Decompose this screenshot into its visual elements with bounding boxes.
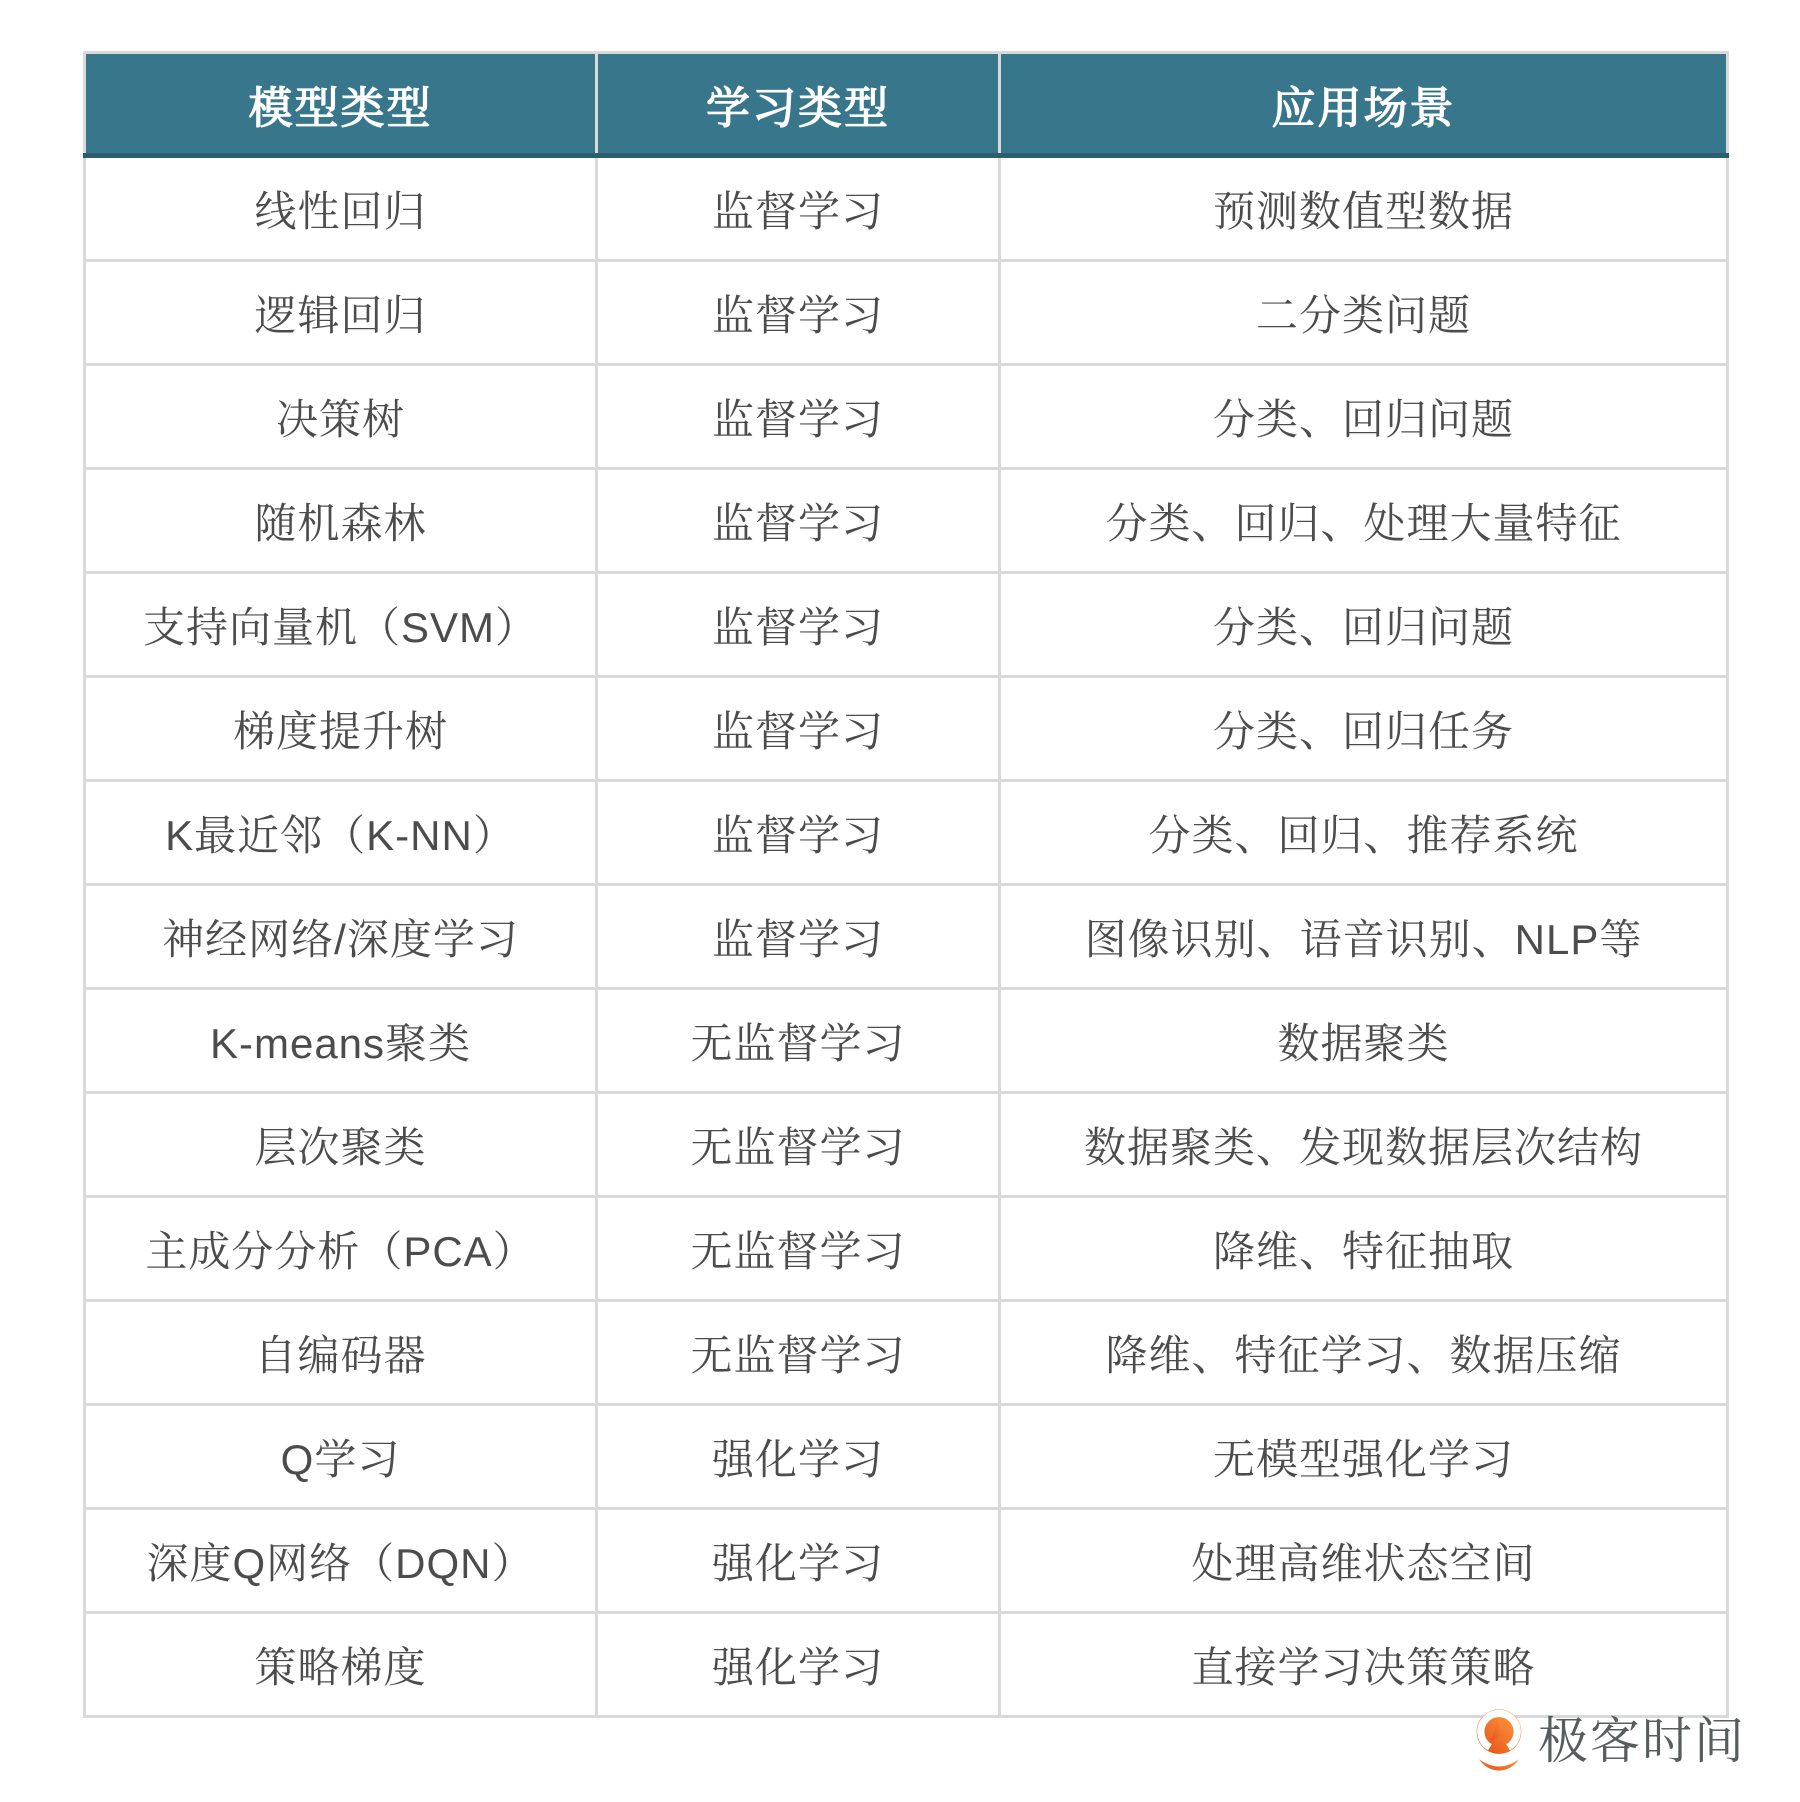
model-type-cell: 层次聚类 bbox=[85, 1093, 597, 1197]
footer-brand: 极客时间 bbox=[1473, 1708, 1746, 1774]
table-row: 深度Q网络（DQN）强化学习处理高维状态空间 bbox=[85, 1509, 1728, 1613]
learning-type-cell: 强化学习 bbox=[597, 1405, 1000, 1509]
header-application: 应用场景 bbox=[1000, 53, 1728, 156]
application-cell: 分类、回归、处理大量特征 bbox=[1000, 469, 1728, 573]
table-row: K-means聚类无监督学习数据聚类 bbox=[85, 989, 1728, 1093]
model-type-cell: 深度Q网络（DQN） bbox=[85, 1509, 597, 1613]
table-row: 自编码器无监督学习降维、特征学习、数据压缩 bbox=[85, 1301, 1728, 1405]
model-type-cell: 梯度提升树 bbox=[85, 677, 597, 781]
learning-type-cell: 监督学习 bbox=[597, 365, 1000, 469]
page: 模型类型 学习类型 应用场景 线性回归监督学习预测数值型数据逻辑回归监督学习二分… bbox=[0, 0, 1800, 1802]
table-row: 支持向量机（SVM）监督学习分类、回归问题 bbox=[85, 573, 1728, 677]
learning-type-cell: 无监督学习 bbox=[597, 989, 1000, 1093]
learning-type-cell: 监督学习 bbox=[597, 885, 1000, 989]
application-cell: 预测数值型数据 bbox=[1000, 156, 1728, 261]
application-cell: 处理高维状态空间 bbox=[1000, 1509, 1728, 1613]
table-row: 层次聚类无监督学习数据聚类、发现数据层次结构 bbox=[85, 1093, 1728, 1197]
table-row: 决策树监督学习分类、回归问题 bbox=[85, 365, 1728, 469]
application-cell: 分类、回归问题 bbox=[1000, 573, 1728, 677]
brand-name: 极客时间 bbox=[1538, 1716, 1746, 1766]
table-row: 主成分分析（PCA）无监督学习降维、特征抽取 bbox=[85, 1197, 1728, 1301]
table-header: 模型类型 学习类型 应用场景 bbox=[85, 53, 1728, 156]
application-cell: 无模型强化学习 bbox=[1000, 1405, 1728, 1509]
application-cell: 图像识别、语音识别、NLP等 bbox=[1000, 885, 1728, 989]
learning-type-cell: 强化学习 bbox=[597, 1613, 1000, 1717]
learning-type-cell: 监督学习 bbox=[597, 261, 1000, 365]
table-row: 随机森林监督学习分类、回归、处理大量特征 bbox=[85, 469, 1728, 573]
table-row: K最近邻（K-NN）监督学习分类、回归、推荐系统 bbox=[85, 781, 1728, 885]
application-cell: 数据聚类 bbox=[1000, 989, 1728, 1093]
learning-type-cell: 监督学习 bbox=[597, 781, 1000, 885]
learning-type-cell: 监督学习 bbox=[597, 677, 1000, 781]
application-cell: 数据聚类、发现数据层次结构 bbox=[1000, 1093, 1728, 1197]
header-model-type: 模型类型 bbox=[85, 53, 597, 156]
table-row: Q学习强化学习无模型强化学习 bbox=[85, 1405, 1728, 1509]
table-row: 神经网络/深度学习监督学习图像识别、语音识别、NLP等 bbox=[85, 885, 1728, 989]
learning-type-cell: 强化学习 bbox=[597, 1509, 1000, 1613]
model-type-cell: 自编码器 bbox=[85, 1301, 597, 1405]
learning-type-cell: 无监督学习 bbox=[597, 1301, 1000, 1405]
application-cell: 降维、特征抽取 bbox=[1000, 1197, 1728, 1301]
learning-type-cell: 监督学习 bbox=[597, 573, 1000, 677]
learning-type-cell: 监督学习 bbox=[597, 469, 1000, 573]
model-type-cell: 支持向量机（SVM） bbox=[85, 573, 597, 677]
model-type-cell: 随机森林 bbox=[85, 469, 597, 573]
geektime-q-pin-icon bbox=[1473, 1708, 1525, 1774]
application-cell: 分类、回归任务 bbox=[1000, 677, 1728, 781]
model-type-cell: K最近邻（K-NN） bbox=[85, 781, 597, 885]
table-row: 策略梯度强化学习直接学习决策策略 bbox=[85, 1613, 1728, 1717]
model-type-cell: 线性回归 bbox=[85, 156, 597, 261]
learning-type-cell: 无监督学习 bbox=[597, 1093, 1000, 1197]
learning-type-cell: 无监督学习 bbox=[597, 1197, 1000, 1301]
table-row: 梯度提升树监督学习分类、回归任务 bbox=[85, 677, 1728, 781]
application-cell: 直接学习决策策略 bbox=[1000, 1613, 1728, 1717]
application-cell: 分类、回归、推荐系统 bbox=[1000, 781, 1728, 885]
table-body: 线性回归监督学习预测数值型数据逻辑回归监督学习二分类问题决策树监督学习分类、回归… bbox=[85, 156, 1728, 1717]
table-row: 逻辑回归监督学习二分类问题 bbox=[85, 261, 1728, 365]
model-type-cell: 主成分分析（PCA） bbox=[85, 1197, 597, 1301]
model-type-cell: 策略梯度 bbox=[85, 1613, 597, 1717]
application-cell: 分类、回归问题 bbox=[1000, 365, 1728, 469]
model-type-cell: K-means聚类 bbox=[85, 989, 597, 1093]
model-type-cell: 逻辑回归 bbox=[85, 261, 597, 365]
model-type-cell: 决策树 bbox=[85, 365, 597, 469]
application-cell: 二分类问题 bbox=[1000, 261, 1728, 365]
model-type-cell: Q学习 bbox=[85, 1405, 597, 1509]
application-cell: 降维、特征学习、数据压缩 bbox=[1000, 1301, 1728, 1405]
ml-models-table: 模型类型 学习类型 应用场景 线性回归监督学习预测数值型数据逻辑回归监督学习二分… bbox=[83, 51, 1729, 1718]
table-row: 线性回归监督学习预测数值型数据 bbox=[85, 156, 1728, 261]
ml-models-table-wrap: 模型类型 学习类型 应用场景 线性回归监督学习预测数值型数据逻辑回归监督学习二分… bbox=[83, 51, 1729, 1718]
learning-type-cell: 监督学习 bbox=[597, 156, 1000, 261]
header-learning-type: 学习类型 bbox=[597, 53, 1000, 156]
header-row: 模型类型 学习类型 应用场景 bbox=[85, 53, 1728, 156]
model-type-cell: 神经网络/深度学习 bbox=[85, 885, 597, 989]
